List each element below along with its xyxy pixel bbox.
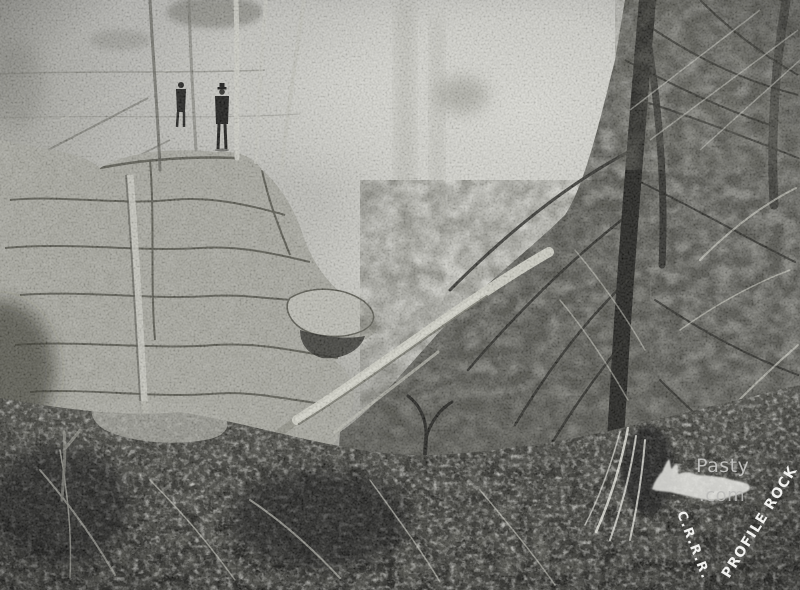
film-grain [0, 0, 800, 590]
watermark-dotcom: .com [699, 485, 745, 506]
historic-photo-profile-rock: Pasty .com C.R.R.R. PROFILE ROCK [0, 0, 800, 590]
photo-canvas: Pasty .com C.R.R.R. PROFILE ROCK [0, 0, 800, 590]
watermark-pasty: Pasty [696, 455, 749, 477]
